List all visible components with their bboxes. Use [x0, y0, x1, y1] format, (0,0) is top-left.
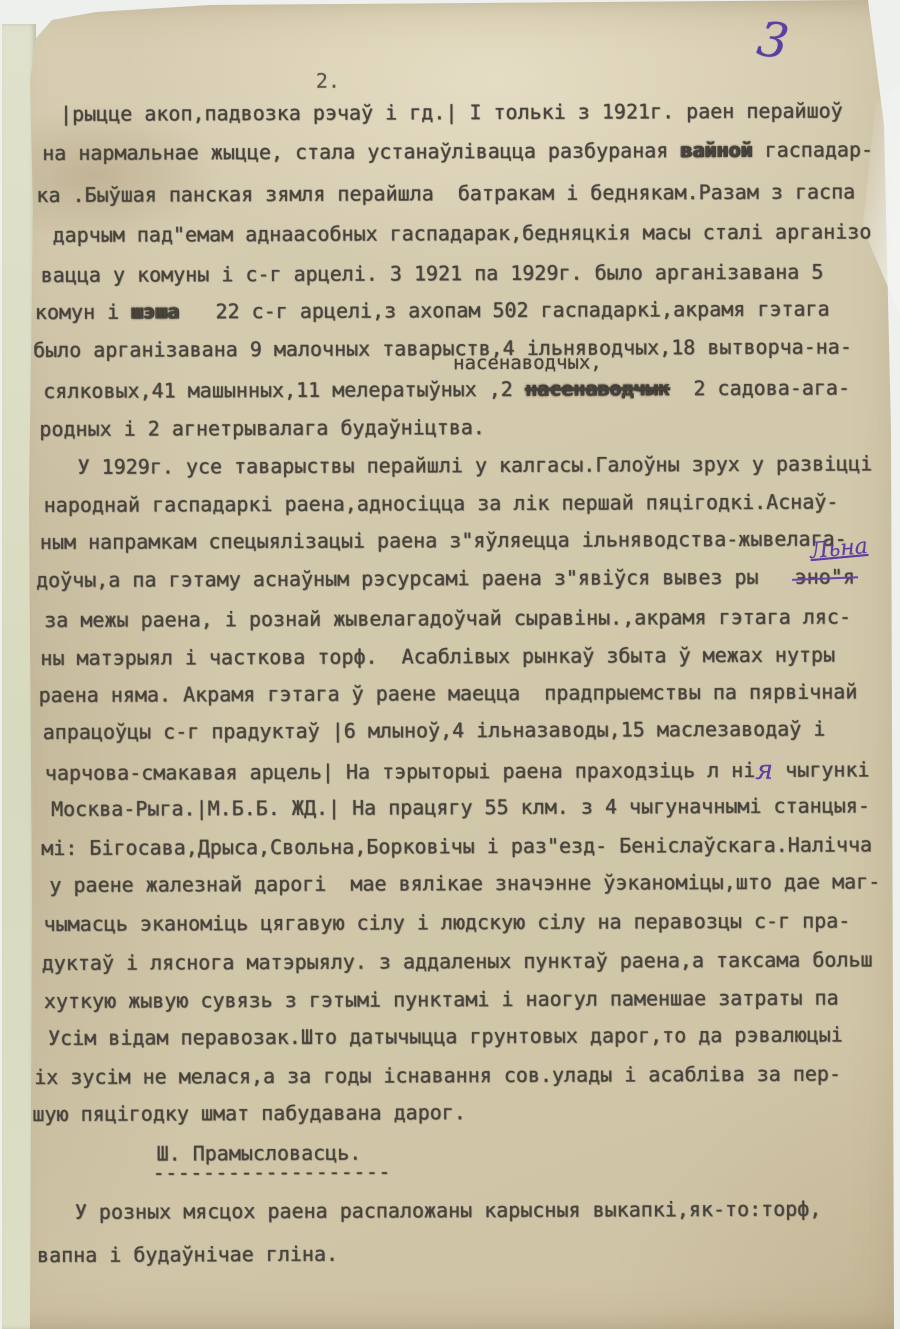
document-line: Усім відам перавозак.Што датычыцца грунт…	[48, 1022, 843, 1051]
document-line: мі: Бігосава,Дрыса,Свольна,Борковічы і р…	[41, 831, 872, 861]
document-line: апрацоўцы с-г прадуктаў |6 млыноў,4 ільн…	[43, 716, 826, 745]
handwritten-correction: Льна	[809, 534, 869, 564]
section-heading-underline: -------------------	[153, 1158, 391, 1185]
overtyped-word: вайной	[680, 138, 752, 162]
inserted-correction-word: насенаводчых,	[453, 352, 602, 375]
document-line: вацца у комуны і с-г арцелі. З 1921 па 1…	[41, 259, 824, 288]
document-line: сялковых,41 машынных,11 мелератыўных ,2 …	[43, 374, 850, 404]
document-line: за межы раена, і рознай жывелагадоўчай с…	[44, 603, 851, 633]
ink-struck-word: эно"я	[795, 564, 855, 588]
line-text: на нармальнае жыцце, стала устанаўлівацц…	[42, 138, 680, 165]
typed-page-number: 2.	[316, 69, 340, 93]
document-line: родных і 2 агнетрывалага будаўніцтва.	[39, 414, 485, 442]
document-line: народнай гаспадаркі раена,адносіцца за л…	[44, 489, 839, 518]
line-text: чыгункі	[773, 757, 869, 781]
line-text: 2 садова-ага-	[669, 375, 850, 400]
line-text: сялковых,41 машынных,11 мелератыўных ,2	[43, 377, 525, 403]
document-line: раена няма. Акрамя гэтага ў раене маецца…	[38, 678, 857, 708]
overtyped-word: шэша	[131, 299, 179, 323]
document-line: доўчы,а па гэтаму аснаўным рэсурсамі рае…	[36, 563, 855, 593]
document-scan: 3 2. |рыцце акоп,падвозка рэчаў і гд.| І…	[0, 0, 900, 1329]
line-text: чарчова-смакавая арцель| На тэрыторыі ра…	[45, 758, 756, 785]
document-line: ным напрамкам спецыялізацыі раена з"яўля…	[40, 525, 847, 555]
handwritten-page-number: 3	[754, 11, 793, 71]
document-line: вапна і будаўнічае гліна.	[37, 1241, 338, 1268]
struck-out-word: насенаводчык	[525, 376, 670, 401]
document-line: у раене жалезнай дарогі мае вялікае знач…	[49, 868, 880, 898]
line-text: комун і	[35, 300, 131, 324]
line-text: 22 с-г арцелі,з ахопам 502 гаспадаркі,ак…	[179, 297, 829, 324]
document-line: |рыцце акоп,падвозка рэчаў і гд.| І толь…	[60, 97, 843, 126]
document-line: чымасць эканоміць цягавую сілу і людскую…	[43, 907, 850, 937]
line-text: доўчы,а па гэтаму аснаўным рэсурсамі рае…	[36, 565, 795, 592]
line-text: гаспадар-	[753, 137, 874, 162]
handwritten-inline-letter: я	[755, 755, 773, 786]
document-line: хуткую жывую сувязь з гэтымі пунктамі і …	[44, 985, 839, 1014]
document-line: на нармальнае жыцце, стала устанаўлівацц…	[42, 136, 873, 166]
document-line: дарчым пад"емам аднаасобных гаспадарак,б…	[52, 218, 871, 248]
document-line: комун і шэша 22 с-г арцелі,з ахопам 502 …	[35, 296, 830, 325]
document-line: ны матэрыял і часткова торф. Асаблівых р…	[40, 642, 835, 671]
document-line: іх зусім не мелася,а за годы існавання с…	[34, 1061, 841, 1091]
document-line: У 1929г. усе таварыствы перайшлі у калга…	[78, 450, 873, 479]
document-line: У розных мясцох раена распаложаны карысн…	[75, 1196, 822, 1225]
document-line: дуктаў і ляснога матэрыялу. з аддаленых …	[42, 946, 873, 976]
document-line: Москва-Рыга.|М.Б.Б. ЖД.| На працягу 55 к…	[51, 792, 870, 822]
document-line: шую пяцігодку шмат пабудавана дарог.	[32, 1099, 466, 1127]
document-line: ка .Быўшая панская зямля перайшла батрак…	[36, 178, 855, 208]
document-line: чарчова-смакавая арцель| На тэрыторыі ра…	[45, 755, 870, 786]
document-line: было арганізавана 9 малочных таварыств,4…	[33, 333, 852, 363]
typewritten-text-layer: 3 2. |рыцце акоп,падвозка рэчаў і гд.| І…	[0, 0, 900, 1329]
